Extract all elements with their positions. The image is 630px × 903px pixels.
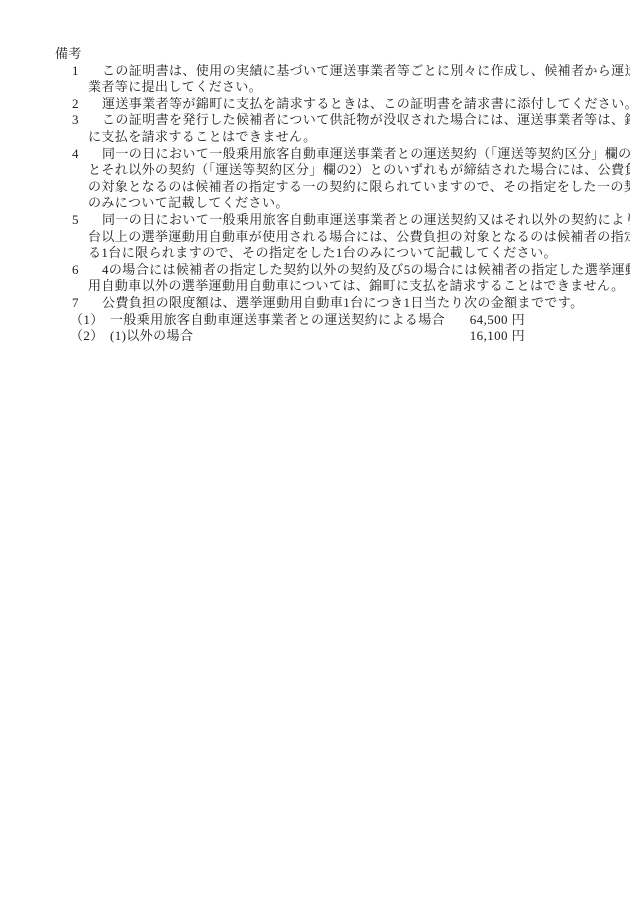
fee-row-1-amount-value: 64,500	[470, 312, 508, 327]
fee-row-1: （1）一般乗用旅客自動車運送事業者との運送契約による場合 64,500 円	[70, 312, 630, 329]
fee-row-1-amount-unit: 円	[512, 312, 525, 327]
note-item-5-text: 同一の日において一般乗用旅客自動車運送事業者との運送契約又はそれ以外の契約により…	[102, 212, 630, 227]
note-item-1-number: 1	[72, 63, 102, 80]
fee-row-1-label: （1）	[70, 312, 110, 329]
note-item-4: 4同一の日において一般乗用旅客自動車運送事業者との運送契約（「運送等契約区分」欄…	[72, 146, 630, 163]
note-item-5-continuation-1: 台以上の選挙運動用自動車が使用される場合には、公費負担の対象となるのは候補者の指…	[88, 229, 630, 246]
fee-row-2-description: (1)以外の場合	[110, 328, 193, 343]
fee-row-1-amount: 64,500 円	[400, 312, 525, 329]
remarks-section: 備考 1この証明書は、使用の実績に基づいて運送事業者等ごとに別々に作成し、候補者…	[0, 46, 630, 345]
note-item-1-continuation: 業者等に提出してください。	[88, 79, 630, 96]
note-item-6-text: 4の場合には候補者の指定した契約以外の契約及び5の場合には候補者の指定した選挙運…	[102, 262, 630, 277]
document-page: 備考 1この証明書は、使用の実績に基づいて運送事業者等ごとに別々に作成し、候補者…	[0, 0, 630, 903]
note-item-4-continuation-2: の対象となるのは候補者の指定する一の契約に限られていますので、その指定をした一の…	[88, 179, 630, 196]
note-item-4-continuation-3: のみについて記載してください。	[88, 195, 630, 212]
fee-row-1-description: 一般乗用旅客自動車運送事業者との運送契約による場合	[110, 312, 445, 327]
fee-row-2-amount-value: 16,100	[470, 328, 508, 343]
note-item-6-number: 6	[72, 262, 102, 279]
note-item-6-continuation: 用自動車以外の選挙運動用自動車については、錦町に支払を請求することはできません。	[88, 278, 630, 295]
note-item-2-text: 運送事業者等が錦町に支払を請求するときは、この証明書を請求書に添付してください。	[102, 96, 630, 111]
note-item-2: 2運送事業者等が錦町に支払を請求するときは、この証明書を請求書に添付してください…	[72, 96, 630, 113]
note-item-1: 1この証明書は、使用の実績に基づいて運送事業者等ごとに別々に作成し、候補者から運…	[72, 63, 630, 80]
note-item-3: 3この証明書を発行した候補者について供託物が没収された場合には、運送事業者等は、…	[72, 112, 630, 129]
note-item-7-text: 公費負担の限度額は、選挙運動用自動車1台につき1日当たり次の金額までです。	[102, 295, 584, 310]
note-item-3-continuation: に支払を請求することはできません。	[88, 129, 630, 146]
fee-row-2-amount-unit: 円	[512, 328, 525, 343]
note-item-7-number: 7	[72, 295, 102, 312]
note-item-3-text: この証明書を発行した候補者について供託物が没収された場合には、運送事業者等は、錦…	[102, 112, 630, 127]
note-item-3-number: 3	[72, 112, 102, 129]
note-item-1-text: この証明書は、使用の実績に基づいて運送事業者等ごとに別々に作成し、候補者から運送…	[102, 63, 630, 78]
note-item-6: 64の場合には候補者の指定した契約以外の契約及び5の場合には候補者の指定した選挙…	[72, 262, 630, 279]
fee-row-2-amount: 16,100 円	[400, 328, 525, 345]
fee-row-2-label: （2）	[70, 328, 110, 345]
note-item-4-continuation-1: とそれ以外の契約（「運送等契約区分」欄の2）とのいずれもが締結された場合には、公…	[88, 162, 630, 179]
note-item-5-number: 5	[72, 212, 102, 229]
fee-row-2: （2）(1)以外の場合 16,100 円	[70, 328, 630, 345]
note-item-2-number: 2	[72, 96, 102, 113]
note-item-7: 7公費負担の限度額は、選挙運動用自動車1台につき1日当たり次の金額までです。	[72, 295, 630, 312]
note-item-5-continuation-2: る1台に限られますので、その指定をした1台のみについて記載してください。	[88, 245, 630, 262]
remarks-title: 備考	[55, 46, 630, 63]
note-item-4-number: 4	[72, 146, 102, 163]
note-item-5: 5同一の日において一般乗用旅客自動車運送事業者との運送契約又はそれ以外の契約によ…	[72, 212, 630, 229]
note-item-4-text: 同一の日において一般乗用旅客自動車運送事業者との運送契約（「運送等契約区分」欄の…	[102, 146, 630, 161]
